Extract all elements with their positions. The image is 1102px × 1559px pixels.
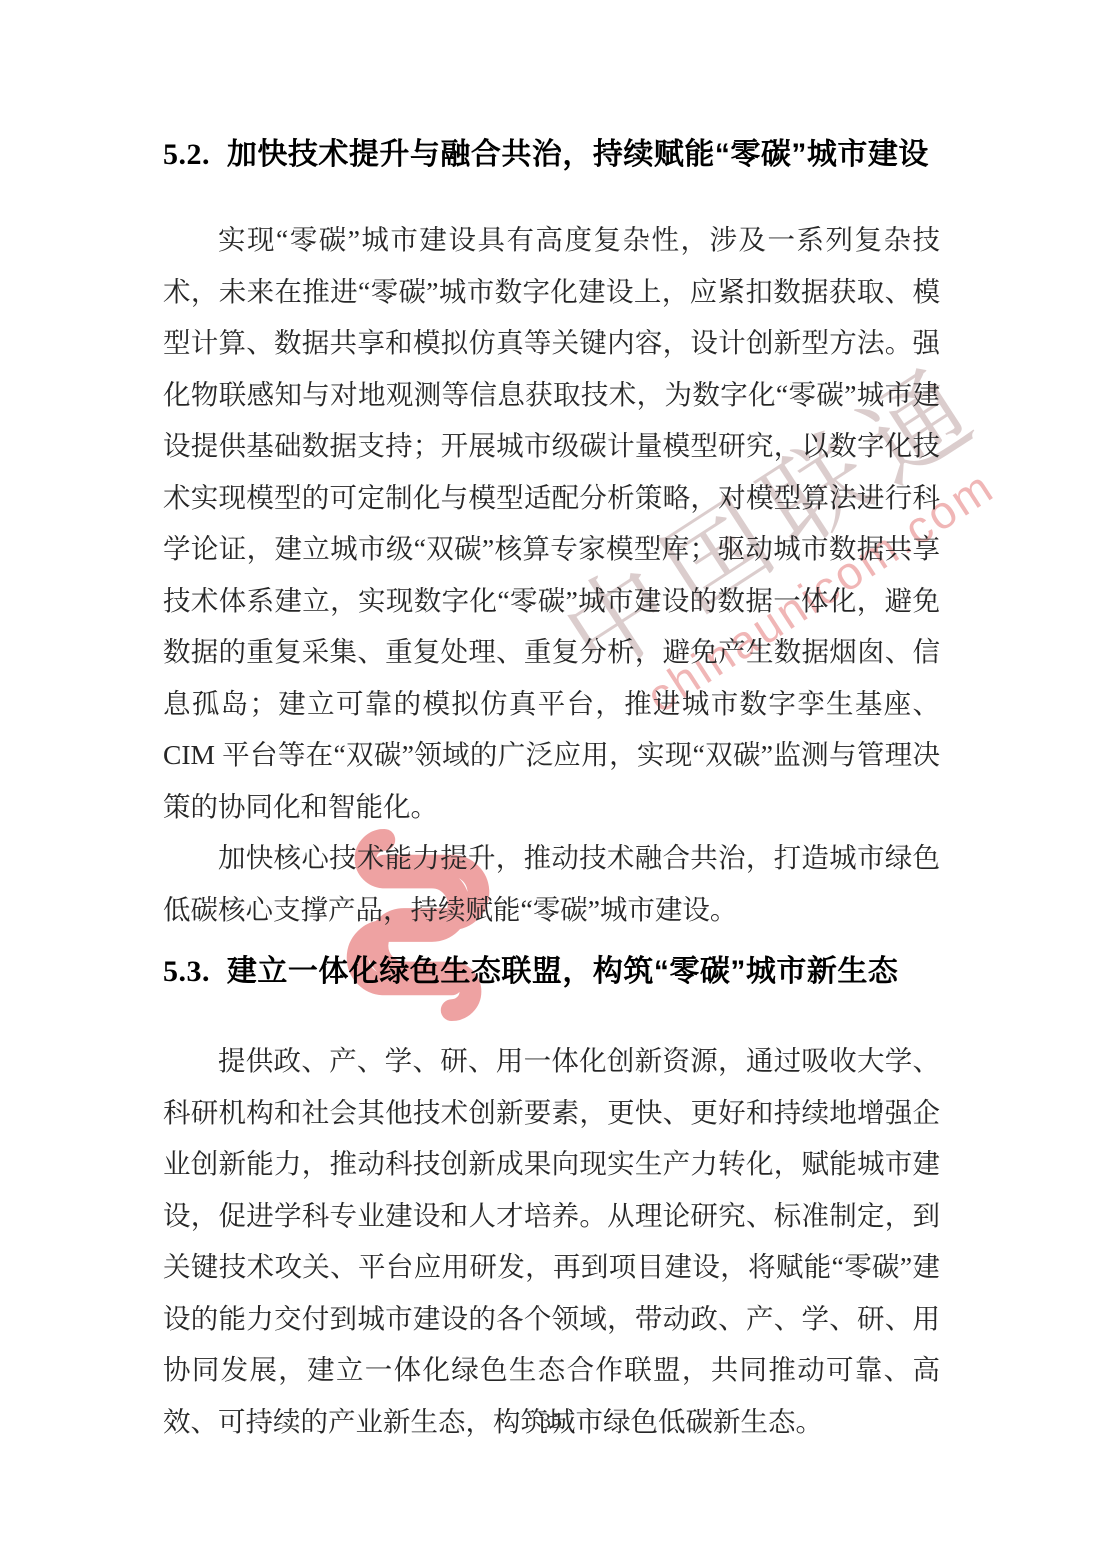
- page-number: 35: [0, 1408, 1102, 1434]
- section-title: 建立一体化绿色生态联盟，构筑“零碳”城市新生态: [227, 955, 899, 988]
- document-body: 5.2. 加快技术提升与融合共治，持续赋能“零碳”城市建设 实现“零碳”城市建设…: [163, 0, 940, 1447]
- paragraph: 提供政、产、学、研、用一体化创新资源，通过吸收大学、科研机构和社会其他技术创新要…: [163, 1035, 940, 1447]
- paragraph: 实现“零碳”城市建设具有高度复杂性，涉及一系列复杂技术，未来在推进“零碳”城市数…: [163, 214, 940, 832]
- section-heading-5-3: 5.3. 建立一体化绿色生态联盟，构筑“零碳”城市新生态: [163, 951, 940, 993]
- section-heading-5-2: 5.2. 加快技术提升与融合共治，持续赋能“零碳”城市建设: [163, 134, 940, 176]
- section-number: 5.2.: [163, 134, 218, 176]
- paragraph: 加快核心技术能力提升，推动技术融合共治，打造城市绿色低碳核心支撑产品，持续赋能“…: [163, 832, 940, 935]
- section-title: 加快技术提升与融合共治，持续赋能“零碳”城市建设: [227, 138, 929, 171]
- section-number: 5.3.: [163, 951, 218, 993]
